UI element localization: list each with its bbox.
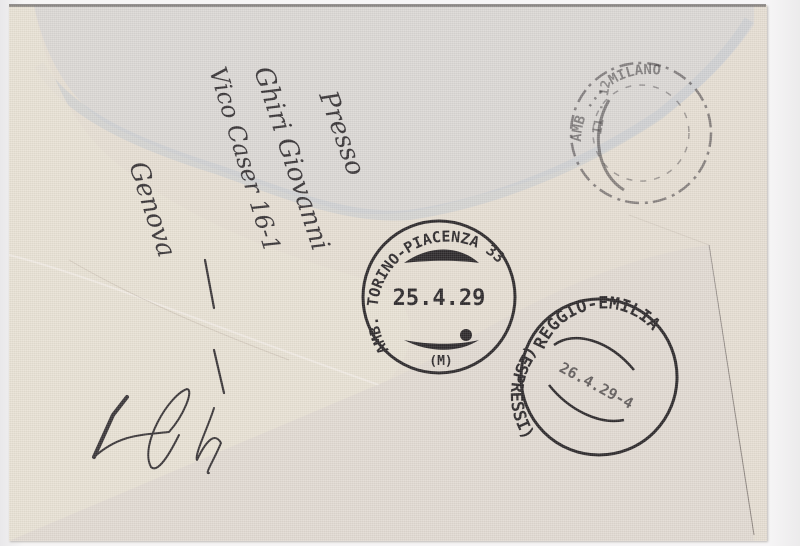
handwritten-initials	[94, 389, 221, 473]
handwritten-address: Presso Ghiri Giovanni Vico Caser 16-1 Ge…	[9, 5, 767, 541]
address-line-4: Genova	[122, 158, 181, 261]
envelope-top-edge	[9, 4, 766, 7]
envelope-back: AMB ... MILANO 11 · 12 AMB. TORINO-PIACE…	[9, 5, 767, 541]
address-line-1: Presso	[312, 86, 371, 180]
